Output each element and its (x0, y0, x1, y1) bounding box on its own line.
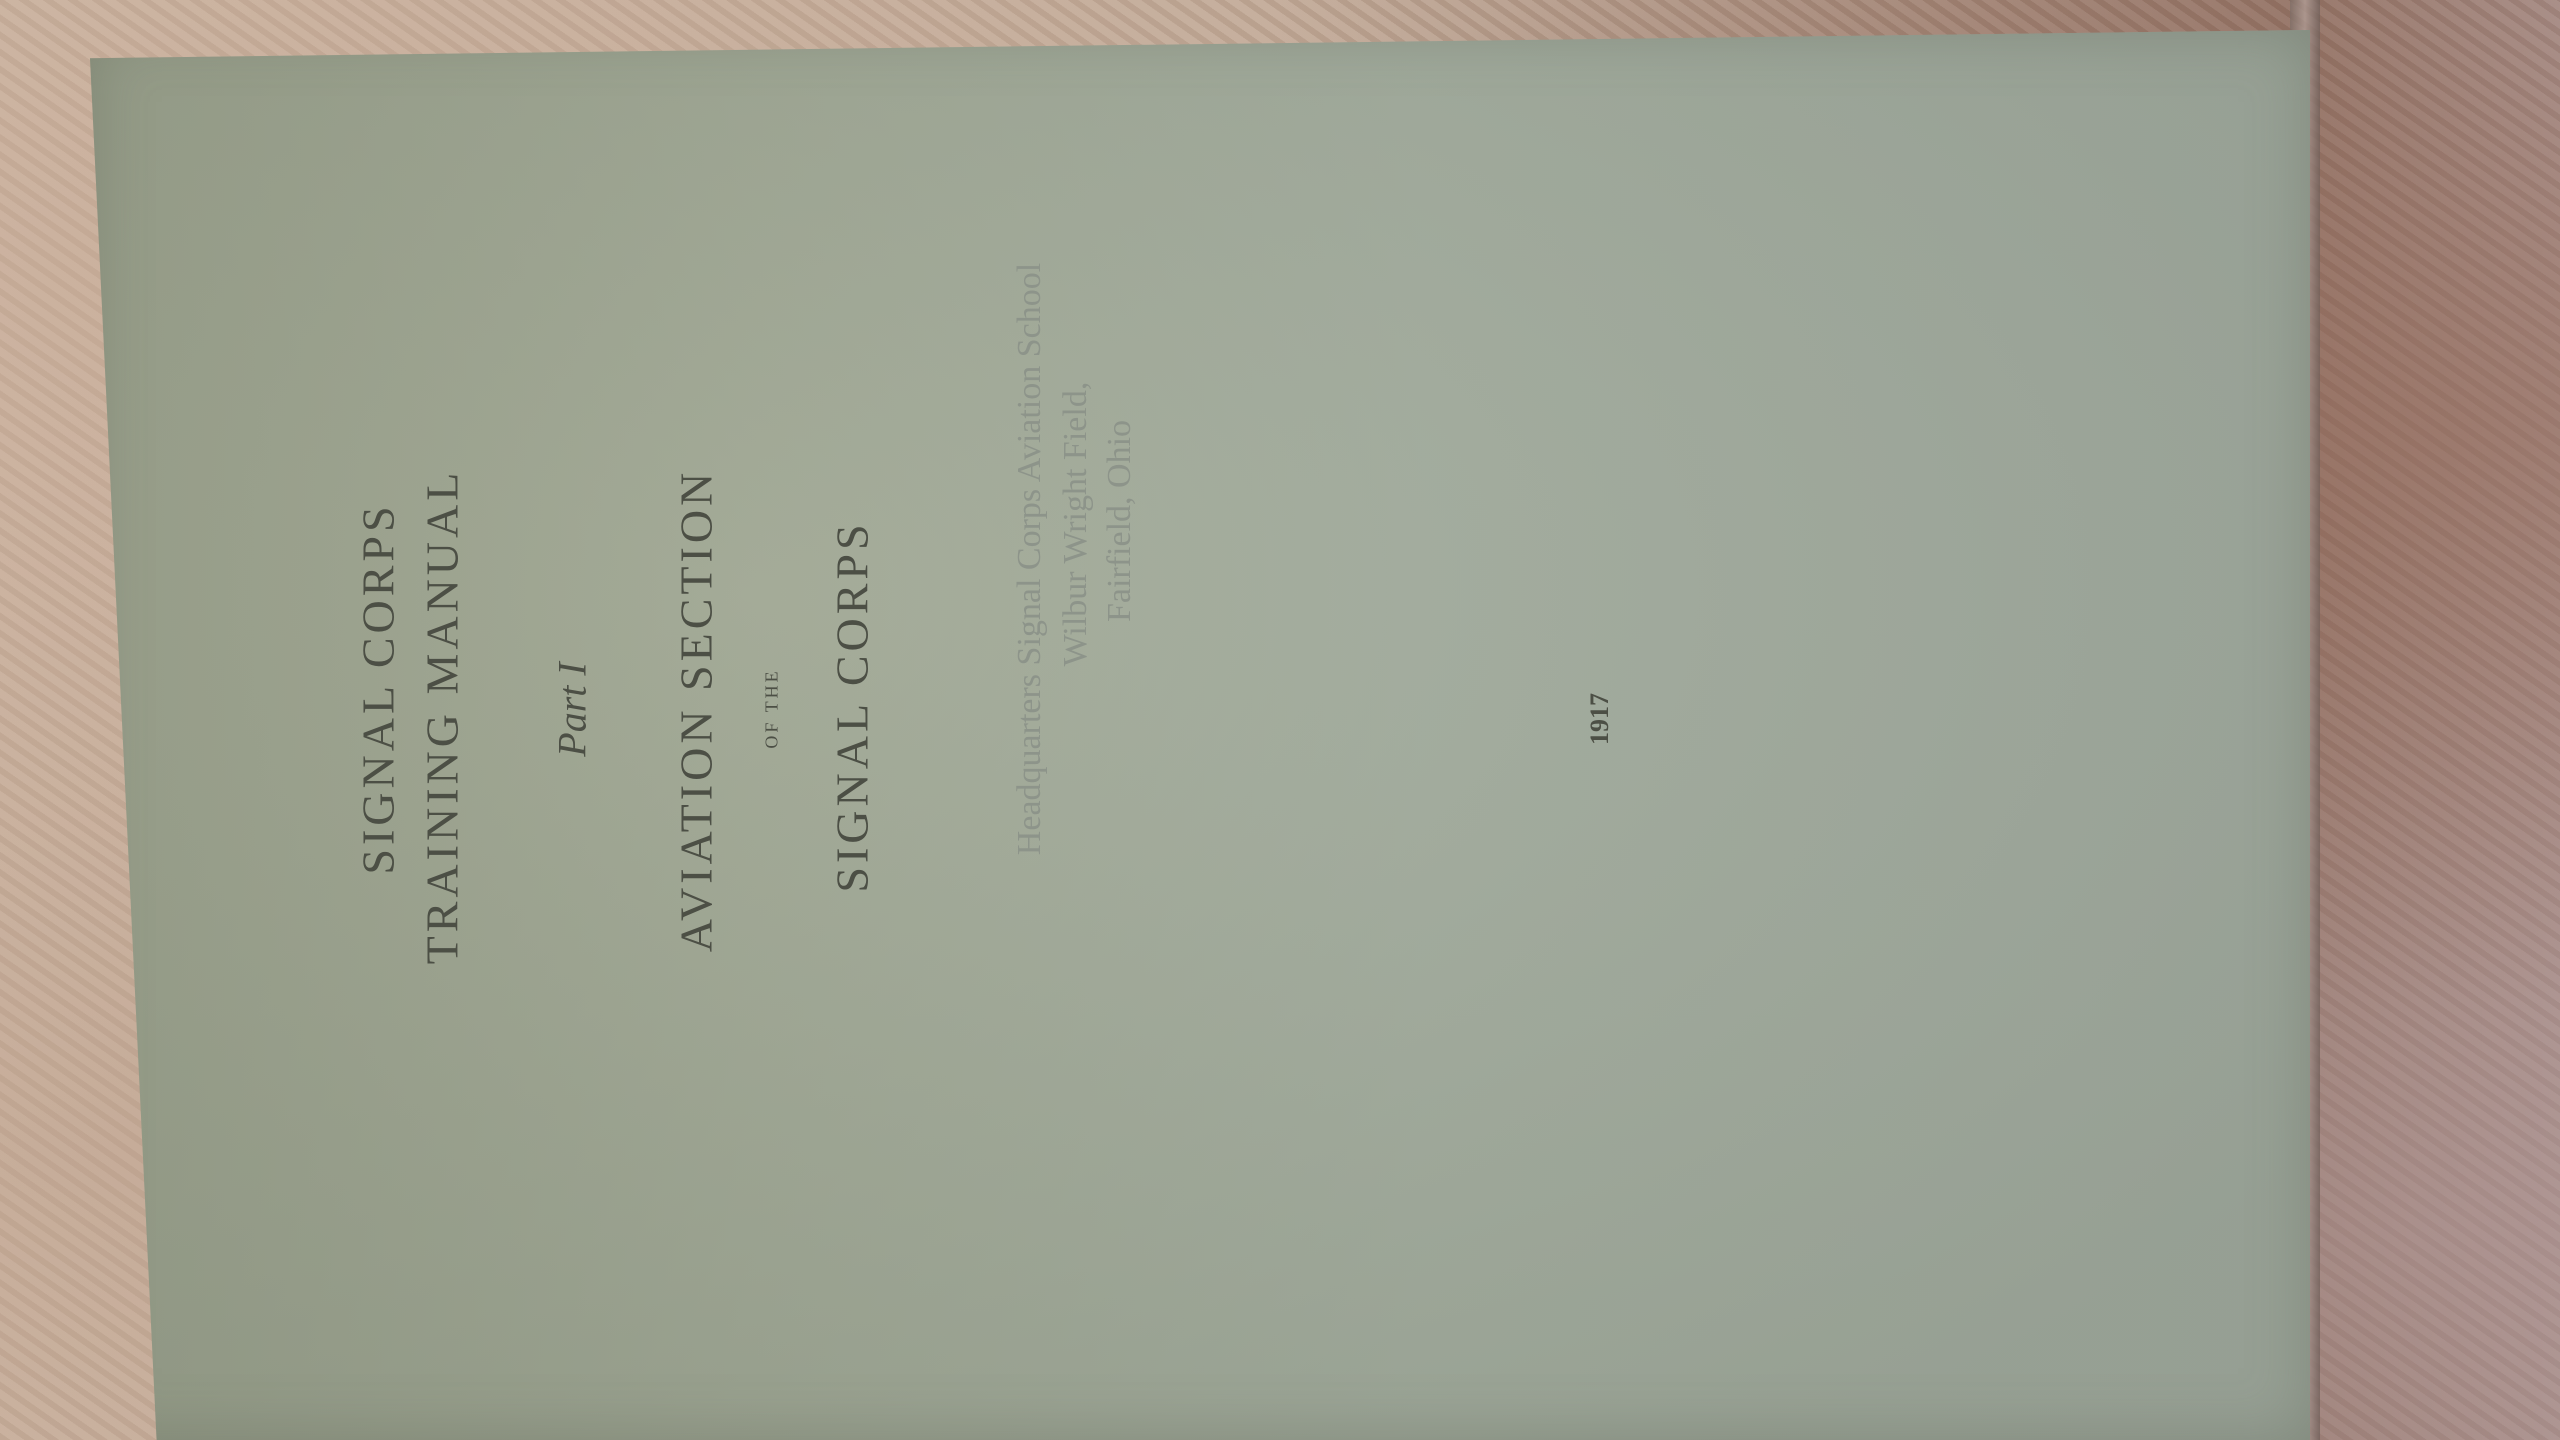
imprint-line-2: Wilbur Wright Field, (1057, 294, 1095, 754)
title-line-1: SIGNAL CORPS (352, 409, 405, 969)
imprint-line-3: Fairfield, Ohio (1101, 381, 1139, 661)
publication-year: 1917 (1585, 669, 1615, 769)
section-line-2: SIGNAL CORPS (826, 487, 879, 927)
section-line-1: AVIATION SECTION (670, 431, 723, 991)
section-connector: OF THE (762, 649, 783, 769)
title-line-2: TRAINING MANUAL (416, 357, 469, 1077)
part-label: Part I (549, 610, 596, 810)
imprint-line-1: Headquarters Signal Corps Aviation Schoo… (1011, 129, 1049, 989)
